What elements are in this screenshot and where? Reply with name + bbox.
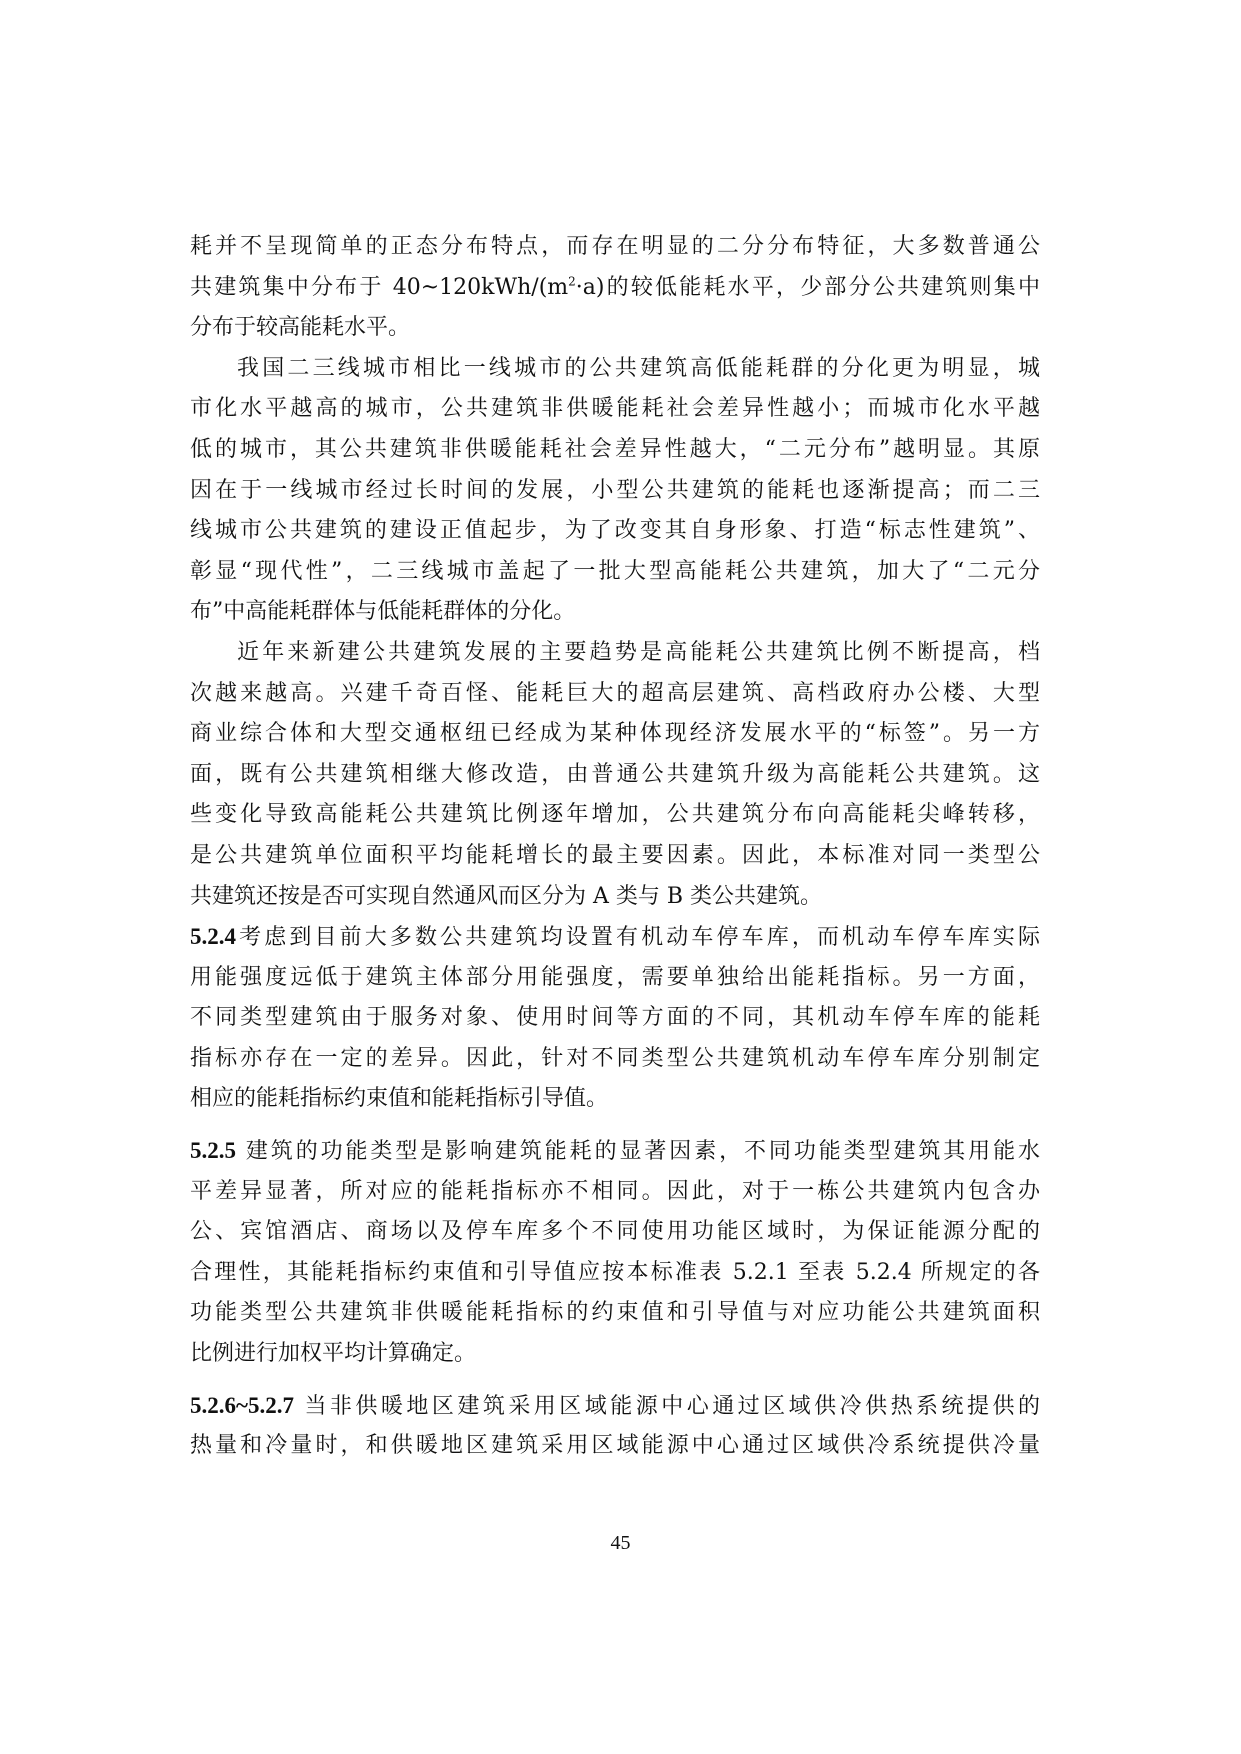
paragraph-continuation: 耗并不呈现简单的正态分布特点，而存在明显的二分分布特征，大多数普通公 共建筑集中… xyxy=(190,227,1040,349)
text-line: 近年来新建公共建筑发展的主要趋势是高能耗公共建筑比例不断提高，档 xyxy=(190,633,1040,674)
section-number: 5.2.4 xyxy=(190,924,236,949)
text-line: 相应的能耗指标约束值和能耗指标引导值。 xyxy=(190,1079,1040,1120)
text-line: 5.2.5 建筑的功能类型是影响建筑能耗的显著因素，不同功能类型建筑其用能水 xyxy=(190,1131,1040,1172)
document-page: 耗并不呈现简单的正态分布特点，而存在明显的二分分布特征，大多数普通公 共建筑集中… xyxy=(0,0,1241,1754)
text-line: 分布于较高能耗水平。 xyxy=(190,308,1040,349)
text-line: 我国二三线城市相比一线城市的公共建筑高低能耗群的分化更为明显，城 xyxy=(190,349,1040,390)
text-line: 热量和冷量时，和供暖地区建筑采用区域能源中心通过区域供冷系统提供冷量 xyxy=(190,1426,1040,1467)
text-line: 是公共建筑单位面积平均能耗增长的最主要因素。因此，本标准对同一类型公 xyxy=(190,836,1040,877)
text-line: 用能强度远低于建筑主体部分用能强度，需要单独给出能耗指标。另一方面， xyxy=(190,958,1040,999)
section-number: 5.2.5 xyxy=(190,1138,236,1163)
text-line: 指标亦存在一定的差异。因此，针对不同类型公共建筑机动车停车库分别制定 xyxy=(190,1039,1040,1080)
page-number: 45 xyxy=(0,1532,1241,1555)
text-line: 些变化导致高能耗公共建筑比例逐年增加，公共建筑分布向高能耗尖峰转移， xyxy=(190,795,1040,836)
text-line: 次越来越高。兴建千奇百怪、能耗巨大的超高层建筑、高档政府办公楼、大型 xyxy=(190,674,1040,715)
text-line: 合理性，其能耗指标约束值和引导值应按本标准表 5.2.1 至表 5.2.4 所规… xyxy=(190,1253,1040,1294)
text-line: 平差异显著，所对应的能耗指标亦不相同。因此，对于一栋公共建筑内包含办 xyxy=(190,1172,1040,1213)
text-line: 共建筑集中分布于 40~120kWh/(m2·a)的较低能耗水平，少部分公共建筑… xyxy=(190,268,1040,309)
paragraph-trends: 近年来新建公共建筑发展的主要趋势是高能耗公共建筑比例不断提高，档 次越来越高。兴… xyxy=(190,633,1040,917)
text-line: 因在于一线城市经过长时间的发展，小型公共建筑的能耗也逐渐提高；而二三 xyxy=(190,471,1040,512)
text-line: 面，既有公共建筑相继大修改造，由普通公共建筑升级为高能耗公共建筑。这 xyxy=(190,755,1040,796)
text-line: 彰显“现代性”，二三线城市盖起了一批大型高能耗公共建筑，加大了“二元分 xyxy=(190,552,1040,593)
body-text: 耗并不呈现简单的正态分布特点，而存在明显的二分分布特征，大多数普通公 共建筑集中… xyxy=(190,227,1040,1467)
text-line: 市化水平越高的城市，公共建筑非供暖能耗社会差异性越小；而城市化水平越 xyxy=(190,389,1040,430)
section-text: 建筑的功能类型是影响建筑能耗的显著因素，不同功能类型建筑其用能水 xyxy=(236,1139,1040,1164)
section-5-2-4: 5.2.4考虑到目前大多数公共建筑均设置有机动车停车库，而机动车停车库实际 用能… xyxy=(190,917,1040,1120)
paragraph-tier-cities: 我国二三线城市相比一线城市的公共建筑高低能耗群的分化更为明显，城 市化水平越高的… xyxy=(190,349,1040,633)
section-text: 当非供暖地区建筑采用区域能源中心通过区域供冷供热系统提供的 xyxy=(294,1394,1040,1419)
section-5-2-6-5-2-7: 5.2.6~5.2.7 当非供暖地区建筑采用区域能源中心通过区域供冷供热系统提供… xyxy=(190,1386,1040,1467)
text-line: 功能类型公共建筑非供暖能耗指标的约束值和引导值与对应功能公共建筑面积 xyxy=(190,1293,1040,1334)
text-line: 商业综合体和大型交通枢纽已经成为某种体现经济发展水平的“标签”。另一方 xyxy=(190,714,1040,755)
text-line: 低的城市，其公共建筑非供暖能耗社会差异性越大，“二元分布”越明显。其原 xyxy=(190,430,1040,471)
text-line: 5.2.4考虑到目前大多数公共建筑均设置有机动车停车库，而机动车停车库实际 xyxy=(190,917,1040,958)
section-text: 考虑到目前大多数公共建筑均设置有机动车停车库，而机动车停车库实际 xyxy=(236,925,1040,950)
section-number: 5.2.6~5.2.7 xyxy=(190,1393,294,1418)
text-line: 公、宾馆酒店、商场以及停车库多个不同使用功能区域时，为保证能源分配的 xyxy=(190,1212,1040,1253)
text-line: 布”中高能耗群体与低能耗群体的分化。 xyxy=(190,592,1040,633)
text-line: 线城市公共建筑的建设正值起步，为了改变其自身形象、打造“标志性建筑”、 xyxy=(190,511,1040,552)
text-line: 耗并不呈现简单的正态分布特点，而存在明显的二分分布特征，大多数普通公 xyxy=(190,227,1040,268)
text-line: 共建筑还按是否可实现自然通风而区分为 A 类与 B 类公共建筑。 xyxy=(190,877,1040,918)
text-line: 比例进行加权平均计算确定。 xyxy=(190,1334,1040,1375)
section-5-2-5: 5.2.5 建筑的功能类型是影响建筑能耗的显著因素，不同功能类型建筑其用能水 平… xyxy=(190,1131,1040,1375)
text-line: 5.2.6~5.2.7 当非供暖地区建筑采用区域能源中心通过区域供冷供热系统提供… xyxy=(190,1386,1040,1427)
text-line: 不同类型建筑由于服务对象、使用时间等方面的不同，其机动车停车库的能耗 xyxy=(190,998,1040,1039)
